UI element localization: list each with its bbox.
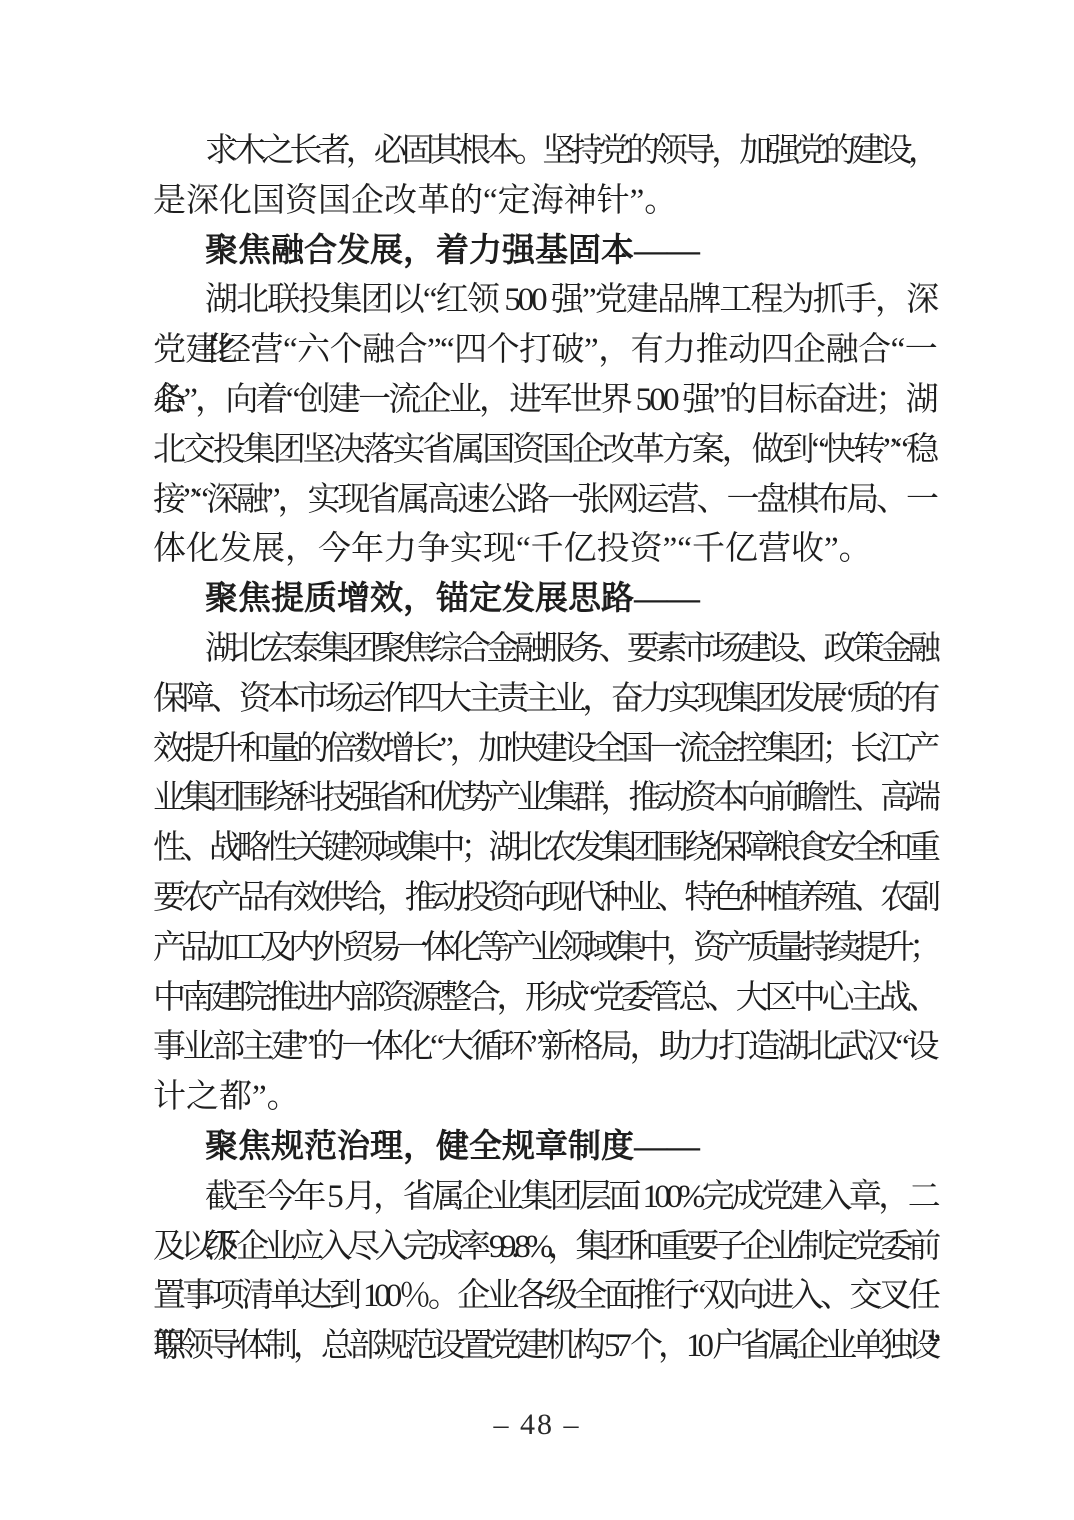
paragraph-line: 湖北联投集团以“红领 500 强”党建品牌工程为抓手，深化 [153, 276, 936, 326]
paragraph-line: 置事项清单达到 100％。企业各级全面推行“双向进入、交叉任职” [153, 1272, 936, 1322]
paragraph-line: 计之都”。 [153, 1073, 936, 1123]
paragraph-line: 是深化国资国企改革的“定海神针”。 [153, 177, 936, 227]
document-page: 求木之长者，必固其根本。坚持党的领导，加强党的建设， 是深化国资国企改革的“定海… [0, 0, 1074, 1520]
paragraph-line: 及以下企业应入尽入完成率 99.8%，集团和重要子企业制定党委前 [153, 1223, 936, 1273]
paragraph-line: 心”，向着“创建一流企业，进军世界 500 强”的目标奋进；湖 [153, 376, 936, 426]
paragraph-line: 要农产品有效供给，推动投资向现代种业、特色种植养殖、农副 [153, 874, 936, 924]
paragraph-line: 湖北宏泰集团聚焦综合金融服务、要素市场建设、政策金融 [153, 625, 936, 675]
paragraph-line: 性、战略性关键领域集中；湖北农发集团围绕保障粮食安全和重 [153, 824, 936, 874]
document-body: 求木之长者，必固其根本。坚持党的领导，加强党的建设， 是深化国资国企改革的“定海… [153, 127, 936, 1372]
paragraph-line: 求木之长者，必固其根本。坚持党的领导，加强党的建设， [153, 127, 936, 177]
paragraph-line: 党建经营“六个融合”“四个打破”，有力推动四企融合“一条 [153, 326, 936, 376]
section-heading: 聚焦融合发展，着力强基固本—— [153, 227, 936, 277]
paragraph-line: 效提升和量的倍数增长”，加快建设全国一流金控集团；长江产 [153, 725, 936, 775]
paragraph-line: 截至今年 5 月，省属企业集团层面 100%完成党建入章，二级 [153, 1173, 936, 1223]
section-heading: 聚焦提质增效，锚定发展思路—— [153, 575, 936, 625]
paragraph-line: 产品加工及内外贸易一体化等产业领域集中，资产质量持续提升； [153, 924, 936, 974]
paragraph-line: 接”“深融”，实现省属高速公路一张网运营、一盘棋布局、一 [153, 476, 936, 526]
paragraph-line: 事业部主建”的一体化“大循环”新格局，助力打造湖北武汉“设 [153, 1023, 936, 1073]
paragraph-line: 业集团围绕科技强省和优势产业集群，推动资本向前瞻性、高端 [153, 774, 936, 824]
paragraph-line: 等领导体制，总部规范设置党建机构 57 个，10 户省属企业单独设 [153, 1322, 936, 1372]
paragraph-line: 体化发展，今年力争实现“千亿投资”“千亿营收”。 [153, 525, 936, 575]
page-number: – 48 – [0, 1408, 1074, 1442]
paragraph-line: 北交投集团坚决落实省属国资国企改革方案，做到“快转”“稳 [153, 426, 936, 476]
paragraph-line: 中南建院推进内部资源整合，形成“党委管总、大区中心主战、 [153, 974, 936, 1024]
section-heading: 聚焦规范治理，健全规章制度—— [153, 1123, 936, 1173]
paragraph-line: 保障、资本市场运作四大主责主业，奋力实现集团发展“质的有 [153, 675, 936, 725]
